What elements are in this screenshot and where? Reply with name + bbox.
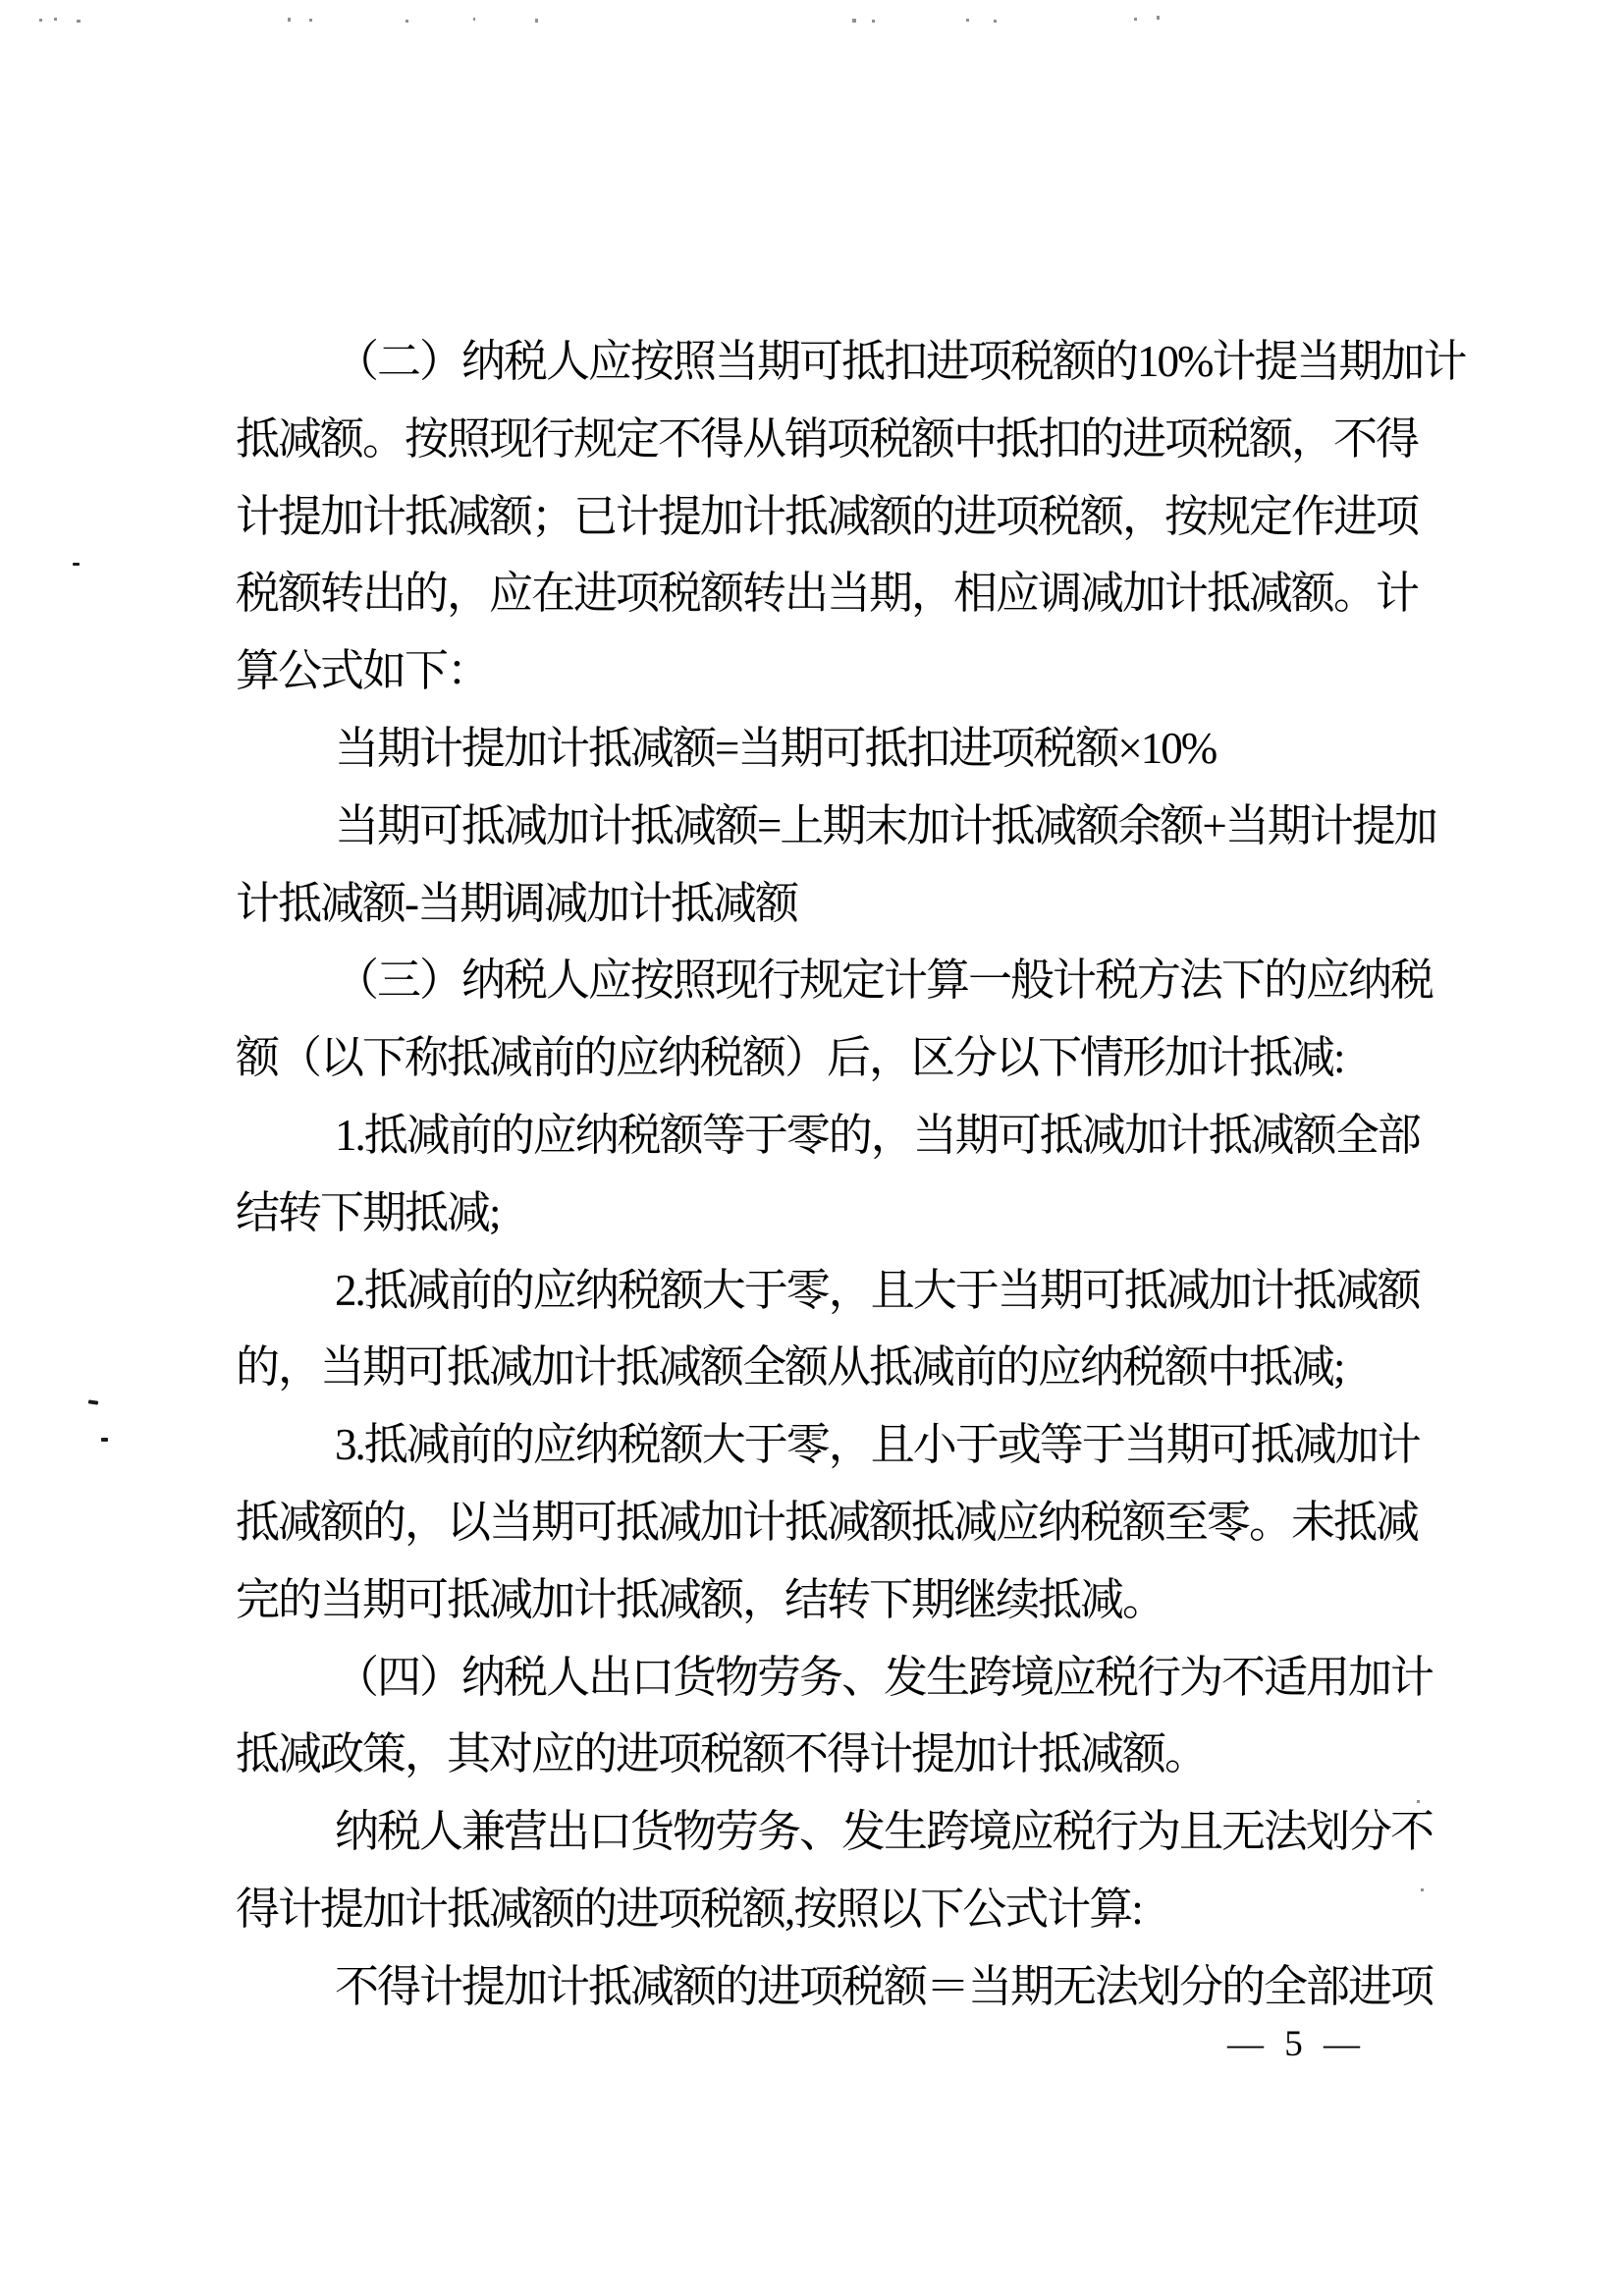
list-item-line: 完的当期可抵减加计抵减额，结转下期继续抵减。 [236, 1561, 1434, 1639]
scan-speck [473, 18, 475, 21]
text-line: 额（以下称抵减前的应纳税额）后，区分以下情形加计抵减: [236, 1019, 1434, 1097]
formula-line: 当期计提加计抵减额=当期可抵扣进项税额×10% [236, 710, 1434, 788]
text-line: 抵减政策，其对应的进项税额不得计提加计抵减额。 [236, 1716, 1434, 1793]
text-line: 算公式如下： [236, 632, 1434, 710]
scan-speck [309, 19, 312, 22]
scan-speck [852, 19, 856, 23]
list-item-line: 1.抵减前的应纳税额等于零的，当期可抵减加计抵减额全部 [236, 1097, 1434, 1175]
scan-speck [1134, 18, 1137, 21]
list-item-line: 的，当期可抵减加计抵减额全额从抵减前的应纳税额中抵减; [236, 1329, 1434, 1406]
page-number: — 5 — [1227, 2025, 1360, 2064]
formula-line: 当期可抵减加计抵减额=上期末加计抵减额余额+当期计提加 [236, 788, 1434, 865]
text-line: 抵减额。按照现行规定不得从销项税额中抵扣的进项税额，不得 [236, 401, 1434, 478]
text-line: （四）纳税人出口货物劳务、发生跨境应税行为不适用加计 [236, 1639, 1434, 1717]
text-line: （二）纳税人应按照当期可抵扣进项税额的10%计提当期加计 [236, 323, 1434, 401]
list-item-line: 3.抵减前的应纳税额大于零，且小于或等于当期可抵减加计 [236, 1406, 1434, 1484]
list-item-line: 抵减额的，以当期可抵减加计抵减额抵减应纳税额至零。未抵减 [236, 1484, 1434, 1561]
scan-speck [994, 20, 997, 23]
scan-mark [73, 563, 80, 566]
text-line: 税额转出的，应在进项税额转出当期，相应调减加计抵减额。计 [236, 555, 1434, 632]
text-line: 得计提加计抵减额的进项税额,按照以下公式计算: [236, 1871, 1434, 1948]
scan-speck [77, 20, 81, 23]
scan-speck [39, 19, 42, 22]
list-item-line: 2.抵减前的应纳税额大于零，且大于当期可抵减加计抵减额 [236, 1252, 1434, 1330]
list-item-line: 结转下期抵减; [236, 1175, 1434, 1252]
document-text-block: （二）纳税人应按照当期可抵扣进项税额的10%计提当期加计 抵减额。按照现行规定不… [236, 323, 1434, 2026]
scan-speck [535, 19, 538, 23]
scan-mark [101, 1438, 108, 1442]
scan-speck [1157, 16, 1160, 20]
scan-speck [54, 18, 57, 21]
formula-line: 计抵减额-当期调减加计抵减额 [236, 865, 1434, 943]
scan-speck [288, 18, 291, 22]
scan-speck [966, 19, 969, 22]
scan-speck [406, 20, 408, 23]
scan-speck [872, 20, 875, 23]
scan-mark [88, 1399, 98, 1404]
text-line: 计提加计抵减额；已计提加计抵减额的进项税额，按规定作进项 [236, 478, 1434, 556]
formula-line: 不得计提加计抵减额的进项税额＝当期无法划分的全部进项 [236, 1948, 1434, 2026]
text-line: （三）纳税人应按照现行规定计算一般计税方法下的应纳税 [236, 942, 1434, 1019]
document-page: （二）纳税人应按照当期可抵扣进项税额的10%计提当期加计 抵减额。按照现行规定不… [0, 0, 1623, 2296]
text-line: 纳税人兼营出口货物劳务、发生跨境应税行为且无法划分不 [236, 1793, 1434, 1871]
